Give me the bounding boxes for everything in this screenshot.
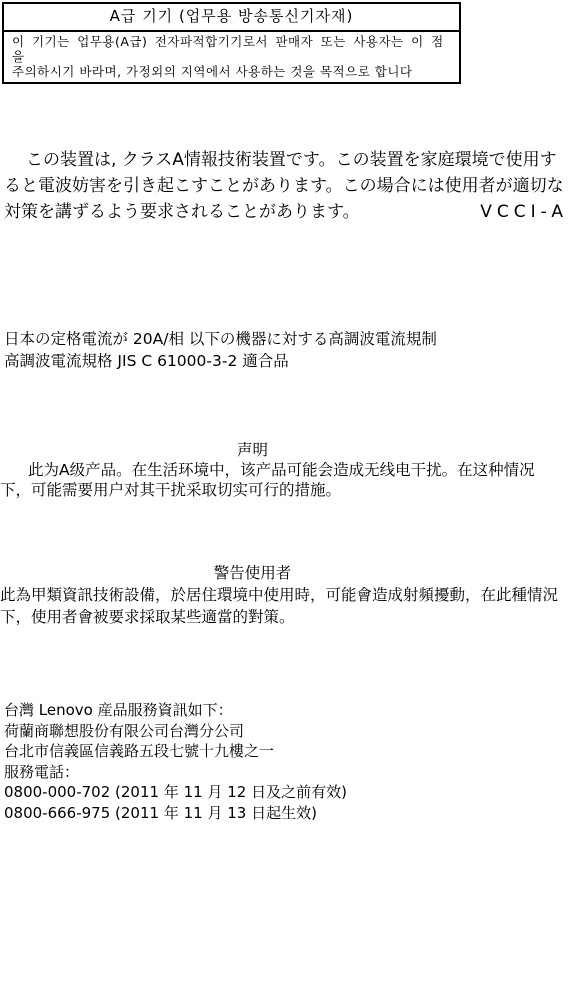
china-class-a-statement: 声明 此为A级产品。在生活环境中，该产品可能会造成无线电干扰。在这种情况 下，可… <box>0 440 566 500</box>
text-line: 주의하시기 바라며, 가정외의 지역에서 사용하는 것을 목적으로 합니다 <box>12 64 455 79</box>
text-line: この装置は, クラスA情報技術装置です。この装置を家庭環境で使用す <box>4 147 570 173</box>
text-line: 服務電話： <box>4 762 570 783</box>
taiwan-lenovo-service-info: 台灣 Lenovo 産品服務資訊如下： 荷蘭商聯想股份有限公司台灣分公司 台北市… <box>4 700 570 823</box>
text-line: 高調波電流規格 JIS C 61000-3-2 適合品 <box>4 350 570 372</box>
text-line: 台灣 Lenovo 産品服務資訊如下： <box>4 700 570 721</box>
text-line: 0800-000-702 (2011 年 11 月 12 日及之前有效) <box>4 782 570 803</box>
text-line: ると電波妨害を引き起こすことがあります。この場合には使用者が適切な <box>4 173 570 199</box>
korean-notice-body: 이 기기는 업무용(A급) 전자파적합기기로서 판매자 또는 사용자는 이 점을… <box>3 31 460 83</box>
japanese-harmonic-current-notice: 日本の定格電流が 20A/相 以下の機器に対する高調波電流規制 高調波電流規格 … <box>4 328 570 372</box>
taiwan-warning-title: 警告使用者 <box>0 562 505 584</box>
japanese-vcci-class-a-statement: この装置は, クラスA情報技術装置です。この装置を家庭環境で使用す ると電波妨害… <box>4 147 570 225</box>
korean-notice-header: A급 기기 (업무용 방송통신기자재) <box>3 3 460 31</box>
text-line: 0800-666-975 (2011 年 11 月 13 日起生效) <box>4 803 570 824</box>
text-line: 下，使用者會被要求採取某些適當的對策。 <box>0 606 574 628</box>
vcci-a-mark: VCCI-A <box>480 199 570 225</box>
china-statement-title: 声明 <box>0 440 505 460</box>
text-line: 日本の定格電流が 20A/相 以下の機器に対する高調波電流規制 <box>4 328 570 350</box>
text-line: 荷蘭商聯想股份有限公司台灣分公司 <box>4 721 570 742</box>
korean-class-a-notice-table: A급 기기 (업무용 방송통신기자재) 이 기기는 업무용(A급) 전자파적합기… <box>2 2 461 84</box>
text-line: 対策を講ずるよう要求されることがあります。 VCCI-A <box>4 199 570 225</box>
regulatory-notices-page: A급 기기 (업무용 방송통신기자재) 이 기기는 업무용(A급) 전자파적합기… <box>0 0 576 983</box>
text-line: 이 기기는 업무용(A급) 전자파적합기기로서 판매자 또는 사용자는 이 점을 <box>12 34 455 64</box>
taiwan-class-a-warning: 警告使用者 此為甲類資訊技術設備，於居住環境中使用時，可能會造成射頻擾動，在此種… <box>0 562 574 628</box>
text-line: 下，可能需要用户对其干扰采取切实可行的措施。 <box>0 480 566 500</box>
text-line: 此為甲類資訊技術設備，於居住環境中使用時，可能會造成射頻擾動，在此種情況 <box>0 584 574 606</box>
vcci-statement-end: 対策を講ずるよう要求されることがあります。 <box>4 199 360 225</box>
text-line: 此为A级产品。在生活环境中，该产品可能会造成无线电干扰。在这种情况 <box>0 460 566 480</box>
text-line: 台北市信義區信義路五段七號十九樓之一 <box>4 741 570 762</box>
